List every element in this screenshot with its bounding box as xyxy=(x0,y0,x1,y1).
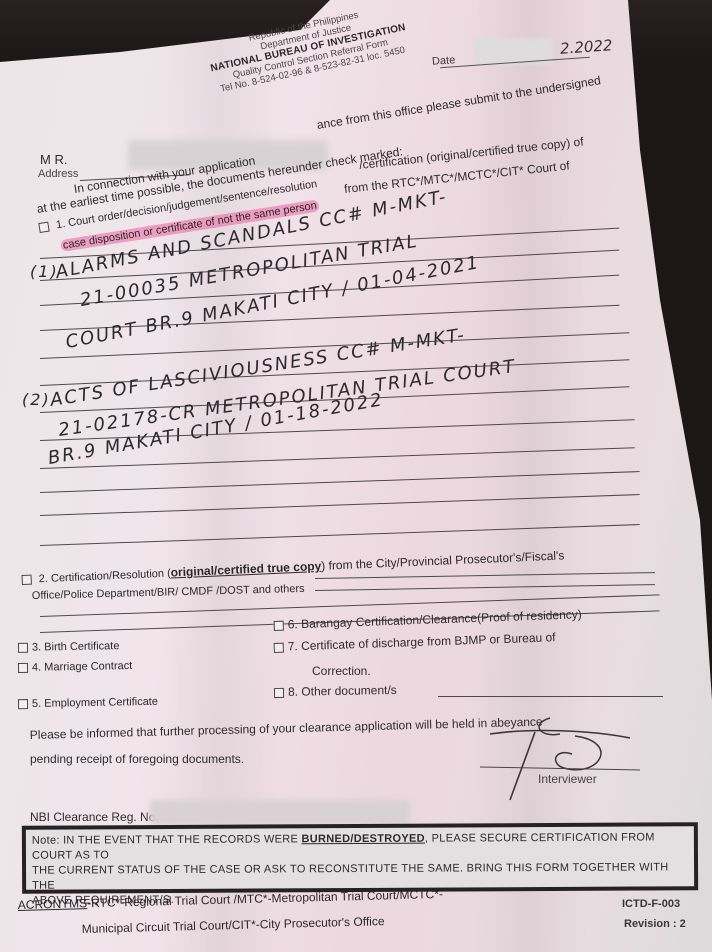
item-4-checkbox[interactable] xyxy=(18,663,28,673)
item-4-label: 4. Marriage Contract xyxy=(32,660,132,674)
addressee: M R. xyxy=(40,152,67,167)
item-3: 3. Birth Certificate xyxy=(18,640,120,654)
item-8-checkbox[interactable] xyxy=(274,688,284,698)
date-value: 2.2022 xyxy=(559,36,613,58)
interviewer-label: Interviewer xyxy=(538,772,597,786)
reg-no-label: NBI Clearance Reg. No. xyxy=(30,810,159,824)
revision: Revision : 2 xyxy=(624,918,686,930)
note-box: Note: IN THE EVENT THAT THE RECORDS WERE… xyxy=(22,822,698,894)
other-documents-line[interactable] xyxy=(438,696,663,697)
item-8: 8. Other document/s xyxy=(274,683,397,699)
abeyance-notice-continued: pending receipt of foregoing documents. xyxy=(30,752,244,766)
item-5-label: 5. Employment Certificate xyxy=(32,696,158,710)
redacted-reg-no xyxy=(150,800,410,826)
item-4: 4. Marriage Contract xyxy=(18,660,132,674)
acronyms-label: ACRONYMS xyxy=(18,896,88,912)
case-2-marker: (2) xyxy=(22,390,51,409)
item-5: 5. Employment Certificate xyxy=(18,696,158,710)
item-2-checkbox[interactable] xyxy=(22,575,32,585)
note-line-1: Note: IN THE EVENT THAT THE RECORDS WERE… xyxy=(32,830,688,863)
item-3-label: 3. Birth Certificate xyxy=(32,640,120,654)
item-7-checkbox[interactable] xyxy=(274,642,284,652)
item-1-checkbox[interactable] xyxy=(38,221,49,232)
note-burned-destroyed: BURNED/DESTROYED xyxy=(302,833,425,846)
form-code: ICTD-F-003 xyxy=(622,898,680,910)
item-8-label: 8. Other document/s xyxy=(288,683,397,699)
address-label: Address xyxy=(38,168,78,180)
interviewer-signature xyxy=(480,712,640,802)
item-3-checkbox[interactable] xyxy=(18,643,28,653)
item-6-checkbox[interactable] xyxy=(274,620,284,630)
item-5-checkbox[interactable] xyxy=(18,699,28,709)
item-7-continued: Correction. xyxy=(312,664,371,678)
